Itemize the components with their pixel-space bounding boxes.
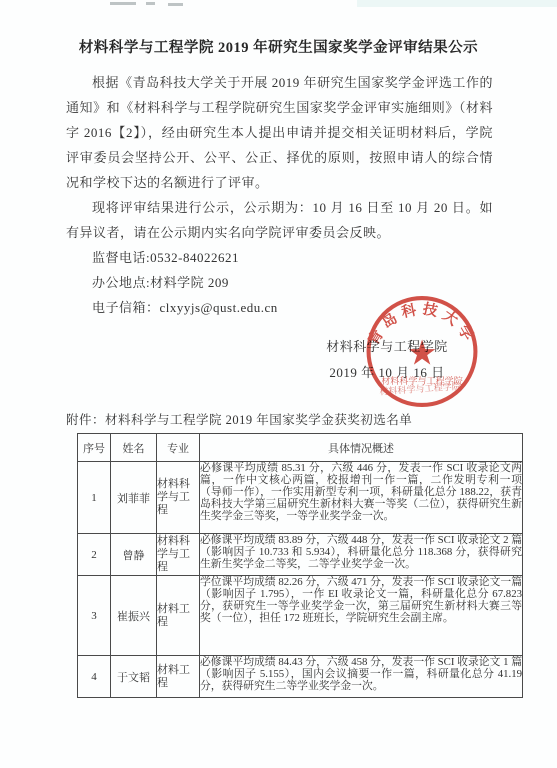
cell-major: 材料科学与工程 xyxy=(157,462,200,534)
table-row: 2 曾静 材料科学与工程 必修课平均成绩 83.89 分，六级 448 分，发表… xyxy=(78,534,523,576)
cell-serial-number: 2 xyxy=(78,534,111,576)
cell-name: 于文韬 xyxy=(111,656,157,698)
attachment-label: 附件：材料科学与工程学院 2019 年国家奖学金获奖初选名单 xyxy=(66,410,412,428)
header-summary: 具体情况概述 xyxy=(200,434,523,462)
scan-tint-artifact xyxy=(357,0,557,7)
body-content: 根据《青岛科技大学关于开展 2019 年研究生国家奖学金评选工作的通知》和《材料… xyxy=(66,70,493,320)
cell-summary: 学位课平均成绩 82.26 分，六级 471 分，发表一作 SCI 收录论文一篇… xyxy=(200,576,523,656)
awardees-table: 序号 姓名 专业 具体情况概述 1 刘菲菲 材料科学与工程 必修课平均成绩 85… xyxy=(77,433,523,698)
seal-star-icon: ★ xyxy=(407,335,438,373)
cell-name: 崔振兴 xyxy=(111,576,157,656)
body-paragraph-publicity-period: 现将评审结果进行公示，公示期为：10 月 16 日至 10 月 20 日。如有异… xyxy=(66,195,493,245)
cell-name: 曾静 xyxy=(111,534,157,576)
scan-mark-artifact xyxy=(168,3,183,6)
cell-serial-number: 1 xyxy=(78,462,111,534)
cell-major: 材料工程 xyxy=(157,576,200,656)
cell-serial-number: 4 xyxy=(78,656,111,698)
cell-summary: 必修课平均成绩 85.31 分，六级 446 分，发表一作 SCI 收录论文两篇… xyxy=(200,462,523,534)
document-page: 材料科学与工程学院 2019 年研究生国家奖学金评审结果公示 根据《青岛科技大学… xyxy=(0,0,557,768)
table-header-row: 序号 姓名 专业 具体情况概述 xyxy=(78,434,523,462)
body-paragraph-basis: 根据《青岛科技大学关于开展 2019 年研究生国家奖学金评选工作的通知》和《材料… xyxy=(66,70,493,195)
cell-summary: 必修课平均成绩 83.89 分，六级 448 分，发表一作 SCI 收录论文 2… xyxy=(200,534,523,576)
table-row: 4 于文韬 材料工程 必修课平均成绩 84.43 分，六级 458 分，发表一作… xyxy=(78,656,523,698)
header-serial-number: 序号 xyxy=(78,434,111,462)
header-major: 专业 xyxy=(157,434,200,462)
supervision-phone-line: 监督电话:0532-84022621 xyxy=(66,245,493,270)
scan-mark-artifact xyxy=(146,2,155,5)
cell-name: 刘菲菲 xyxy=(111,462,157,534)
table-row: 3 崔振兴 材料工程 学位课平均成绩 82.26 分，六级 471 分，发表一作… xyxy=(78,576,523,656)
cell-serial-number: 3 xyxy=(78,576,111,656)
scan-mark-artifact xyxy=(110,2,136,5)
header-name: 姓名 xyxy=(111,434,157,462)
cell-major: 材料科学与工程 xyxy=(157,534,200,576)
page-title: 材料科学与工程学院 2019 年研究生国家奖学金评审结果公示 xyxy=(0,36,557,57)
cell-major: 材料工程 xyxy=(157,656,200,698)
official-red-seal: 青岛科技大学 ★ 材料科学与工程学院 材料科学与工程学院 xyxy=(360,291,484,412)
cell-summary: 必修课平均成绩 84.43 分，六级 458 分，发表一作 SCI 收录论文 1… xyxy=(200,656,523,698)
table-row: 1 刘菲菲 材料科学与工程 必修课平均成绩 85.31 分，六级 446 分，发… xyxy=(78,462,523,534)
